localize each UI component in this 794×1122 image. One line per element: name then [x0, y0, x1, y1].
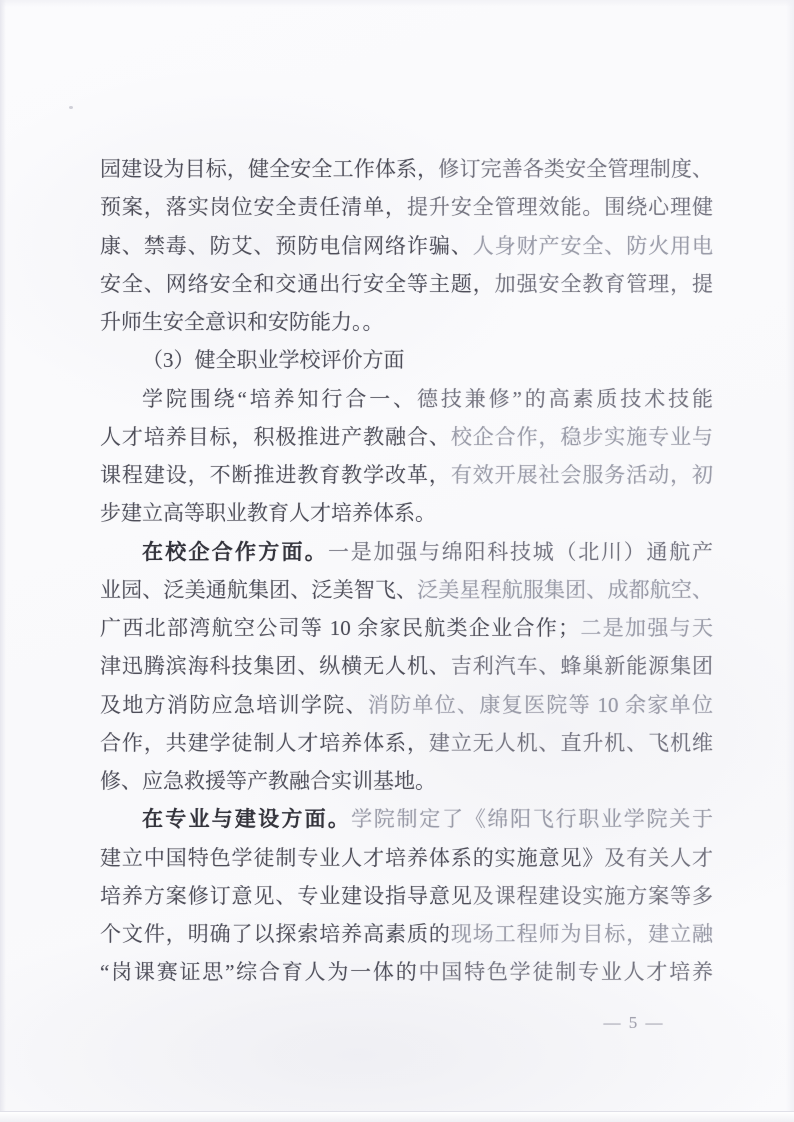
text-segment: 现场工程师为目标，建立融 [451, 922, 713, 946]
text-segment: 预案，落实岗位安全责任清单， [100, 195, 407, 219]
text-segment: 及有关人才 [604, 846, 713, 870]
text-segment: 及地方消防应急培训学院、 [100, 693, 368, 717]
text-line: 个文件，明确了以探索培养高素质的现场工程师为目标，建立融 [100, 915, 713, 953]
text-segment: 建立中国特色学徒制专业人才培养体系的实施意见》 [100, 846, 604, 870]
text-line: 升师生安全意识和安防能力。。 [100, 303, 713, 341]
text-segment: 课程建设，不断推进教育教学改革， [100, 463, 451, 487]
text-line: 修、应急救援等产教融合实训基地。 [100, 762, 713, 800]
page-left-edge [0, 0, 6, 1122]
text-line: 在专业与建设方面。学院制定了《绵阳飞行职业学院关于 [100, 800, 713, 838]
text-segment: 泛美星程航服集团、成都航空、 [417, 578, 713, 602]
bold-lead-in: 在专业与建设方面。 [142, 808, 351, 831]
text-segment: 消防单位、康复医院等 10 余家单位 [368, 693, 713, 717]
scan-speck [69, 106, 73, 109]
text-segment: 学院围绕“培养知行合一、 [142, 387, 417, 411]
page-right-edge [786, 0, 794, 1122]
page-scan: 园建设为目标，健全安全工作体系，修订完善各类安全管理制度、预案，落实岗位安全责任… [0, 0, 794, 1122]
text-line: 步建立高等职业教育人才培养体系。 [100, 494, 713, 532]
text-segment: 提升安全管理效能。围绕心理健 [407, 195, 713, 219]
text-segment: （3）健全职业学校评价方面 [142, 348, 405, 372]
text-line: 建立中国特色学徒制专业人才培养体系的实施意见》及有关人才 [100, 839, 713, 877]
text-line: 在校企合作方面。一是加强与绵阳科技城（北川）通航产 [100, 533, 713, 571]
text-line: 广西北部湾航空公司等 10 余家民航类企业合作；二是加强与天 [100, 609, 713, 647]
text-segment: 个文件，明确了以探索培养高素质的 [100, 922, 451, 946]
text-segment: 津迅腾滨海科技集团、纵横无人机、 [100, 654, 451, 678]
text-line: 学院围绕“培养知行合一、德技兼修”的高素质技术技能 [100, 380, 713, 418]
text-segment: 修、应急救援等产教融合实训基地。 [100, 769, 436, 793]
text-segment: 及课程建设实施方案等多 [473, 884, 713, 908]
text-segment: 二是加强与天 [579, 616, 713, 640]
text-line: 园建设为目标，健全安全工作体系，修订完善各类安全管理制度、 [100, 150, 713, 188]
text-segment: 吉利汽车、蜂巢新能源集团 [451, 654, 713, 678]
text-segment: 康、禁毒、防艾、预防电信网络诈骗、 [100, 234, 473, 258]
text-segment: 升师生安全意识和安防能力。。 [100, 310, 384, 334]
text-line: （3）健全职业学校评价方面 [100, 341, 713, 379]
text-segment: 中国特色学徒制专业人才培养 [419, 960, 714, 984]
text-segment: 修订完善各类安全管理制度、 [438, 157, 713, 181]
text-line: 及地方消防应急培训学院、消防单位、康复医院等 10 余家单位 [100, 686, 713, 724]
text-segment: 广西北部湾航空公司等 10 余家民航类企业合作； [100, 616, 579, 640]
text-segment: 业园、泛美通航集团、泛美智飞、 [100, 578, 417, 602]
text-segment: 步建立高等职业教育人才培养体系。 [100, 501, 436, 525]
text-line: 合作，共建学徒制人才培养体系，建立无人机、直升机、飞机维 [100, 724, 713, 762]
bold-lead-in: 在校企合作方面。 [142, 541, 328, 564]
text-line: 业园、泛美通航集团、泛美智飞、泛美星程航服集团、成都航空、 [100, 571, 713, 609]
text-segment: 有效开展社会服务活动，初 [451, 463, 713, 487]
text-segment: 园建设为目标，健全安全工作体系， [100, 157, 438, 181]
text-line: 课程建设，不断推进教育教学改革，有效开展社会服务活动，初 [100, 456, 713, 494]
text-segment: 培养方案修订意见、专业建设指导意见 [100, 884, 473, 908]
text-line: 人才培养目标，积极推进产教融合、校企合作，稳步实施专业与 [100, 418, 713, 456]
text-segment: 安全、网络安全和交通出行安全等主题， [100, 272, 495, 296]
text-line: 预案，落实岗位安全责任清单，提升安全管理效能。围绕心理健 [100, 188, 713, 226]
text-segment: 建立无人机、直升机、飞机维 [429, 731, 713, 755]
page-top-edge [0, 0, 794, 7]
page-number: — 5 — [590, 1013, 678, 1033]
text-segment: 人才培养目标，积极推进产教融合、 [100, 425, 451, 449]
text-segment: 一是加强与绵阳科技城（北川）通航产 [328, 540, 713, 564]
text-segment: “岗课赛证思”综合育人为一体的 [100, 960, 419, 984]
text-segment: 合作，共建学徒制人才培养体系， [100, 731, 429, 755]
text-line: 安全、网络安全和交通出行安全等主题，加强安全教育管理，提 [100, 265, 713, 303]
text-line: 康、禁毒、防艾、预防电信网络诈骗、人身财产安全、防火用电 [100, 227, 713, 265]
text-line: “岗课赛证思”综合育人为一体的中国特色学徒制专业人才培养 [100, 953, 713, 991]
text-segment: 校企合作，稳步实施专业与 [451, 425, 713, 449]
text-line: 津迅腾滨海科技集团、纵横无人机、吉利汽车、蜂巢新能源集团 [100, 647, 713, 685]
text-segment: 人身财产安全、防火用电 [473, 234, 713, 258]
text-segment: 学院制定了《绵阳飞行职业学院关于 [351, 807, 713, 831]
text-line: 培养方案修订意见、专业建设指导意见及课程建设实施方案等多 [100, 877, 713, 915]
text-segment: 德技兼修”的高素质技术技能 [417, 387, 713, 411]
text-segment: 加强安全教育管理，提 [495, 272, 713, 296]
document-text: 园建设为目标，健全安全工作体系，修订完善各类安全管理制度、预案，落实岗位安全责任… [100, 150, 713, 992]
page-bottom-edge [0, 1111, 794, 1122]
